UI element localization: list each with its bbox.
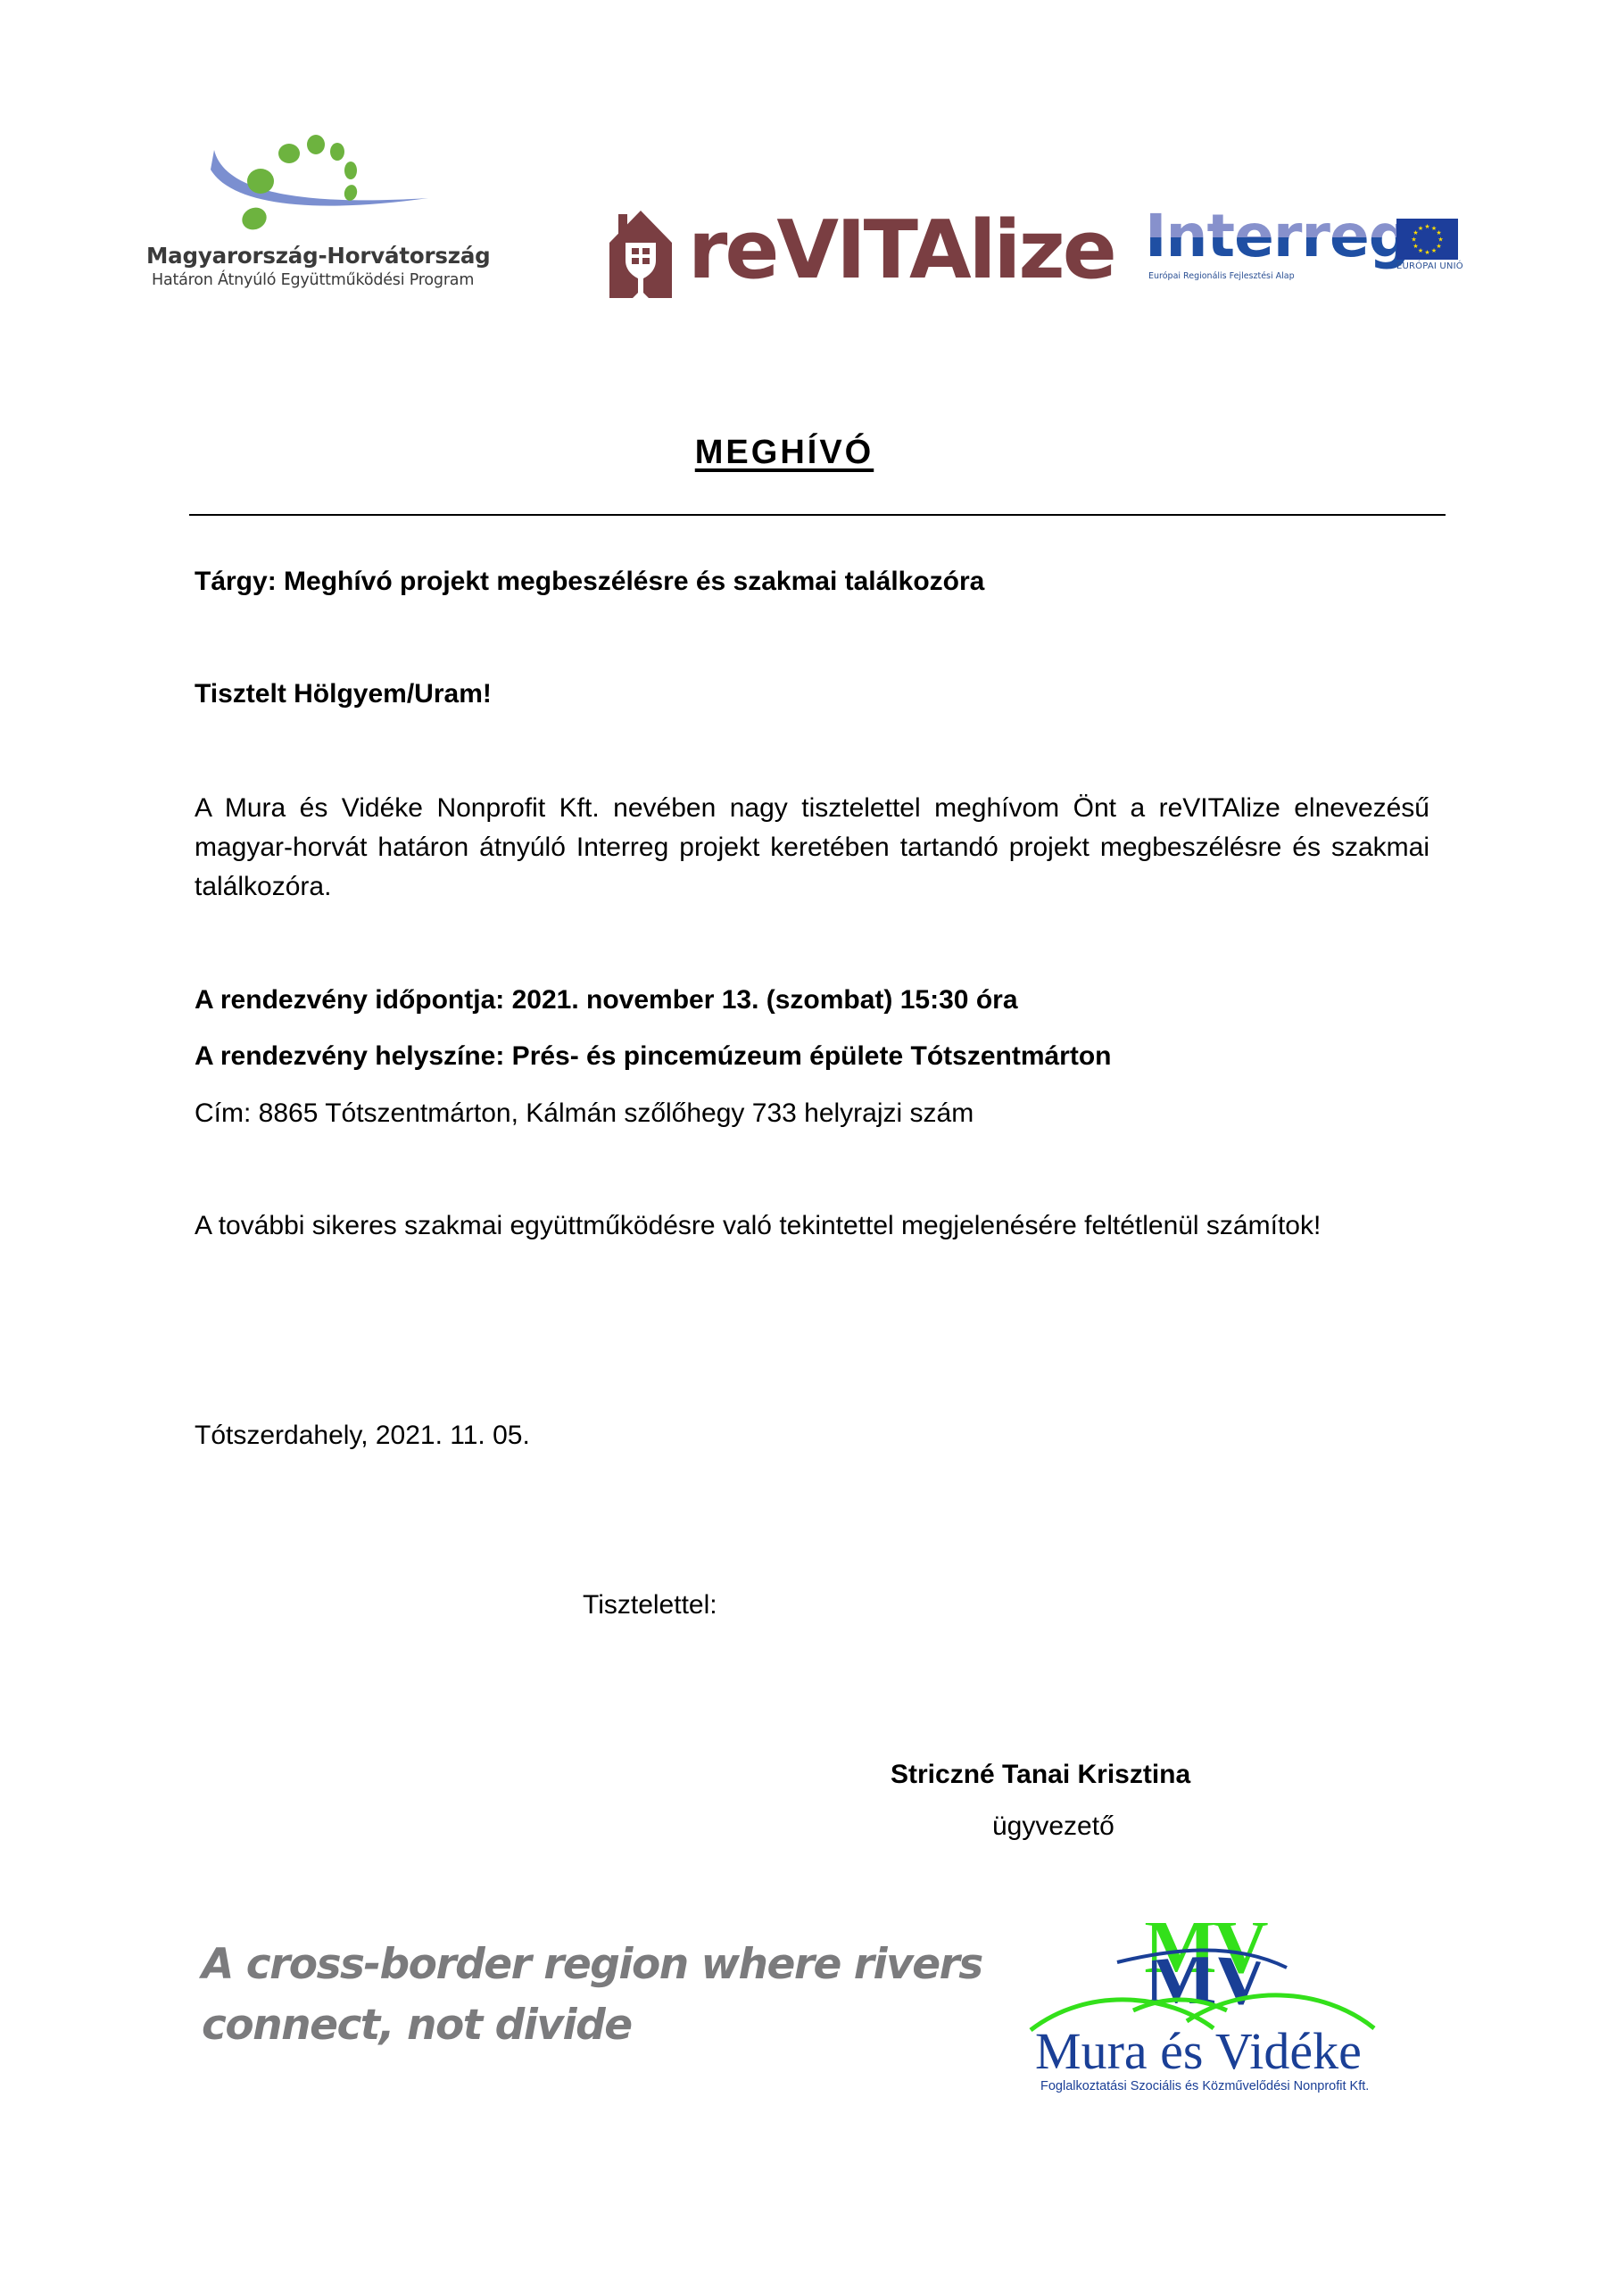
svg-text:★: ★ [1418, 225, 1423, 232]
programme-emblem-icon [205, 125, 437, 241]
revitalize-wordmark: reVITAlize [688, 202, 1114, 300]
event-address: Cím: 8865 Tótszentmárton, Kálmán szőlőhe… [195, 1094, 974, 1133]
signer-title: ügyvezető [992, 1807, 1114, 1846]
interreg-logo: Interreg Európai Regionális Fejlesztési … [1145, 212, 1484, 293]
mv-name: Mura és Vidéke [1035, 2021, 1362, 2081]
interreg-wordmark: Interreg [1145, 202, 1410, 270]
programme-title: Magyarország-Horvátország [146, 243, 491, 269]
regards: Tisztelettel: [583, 1586, 717, 1625]
salutation: Tisztelt Hölgyem/Uram! [195, 675, 492, 714]
svg-text:★: ★ [1418, 247, 1423, 254]
subject-line: Tárgy: Meghívó projekt megbeszélésre és … [195, 562, 984, 601]
mura-es-videke-logo: MV MV Mura és Vidéke Foglalkoztatási Szo… [1017, 1923, 1392, 2101]
svg-text:★: ★ [1424, 223, 1429, 230]
signer-name: Striczné Tanai Krisztina [891, 1755, 1190, 1795]
place-and-date: Tótszerdahely, 2021. 11. 05. [195, 1416, 530, 1455]
revitalize-logo: reVITAlize [609, 207, 1091, 300]
mv-subtitle: Foglalkoztatási Szociális és Közművelődé… [1040, 2079, 1369, 2093]
eu-label: EURÓPAI UNIÓ [1396, 261, 1463, 271]
hungary-croatia-programme-logo: Magyarország-Horvátország Határon Átnyúl… [134, 125, 491, 303]
footer-tagline: A cross-border region where rivers conne… [202, 1935, 982, 2056]
house-wineglass-icon [609, 209, 672, 298]
programme-subtitle: Határon Átnyúló Együttműködési Program [152, 271, 474, 289]
eu-flag-icon: ★★★ ★★★ ★★★ ★★★ [1396, 219, 1458, 260]
svg-text:★: ★ [1411, 236, 1416, 244]
title-divider [189, 514, 1446, 516]
interreg-subtitle: Európai Regionális Fejlesztési Alap [1148, 271, 1295, 281]
svg-text:★: ★ [1436, 243, 1441, 250]
event-place: A rendezvény helyszíne: Prés- és pincemú… [195, 1037, 1112, 1076]
svg-text:★: ★ [1431, 247, 1437, 254]
document-title: MEGHÍVÓ [0, 434, 1569, 472]
svg-text:★: ★ [1413, 243, 1418, 250]
svg-text:★: ★ [1424, 249, 1429, 256]
closing-paragraph: A további sikeres szakmai együttműködésr… [195, 1206, 1429, 1246]
intro-paragraph: A Mura és Vidéke Nonprofit Kft. nevében … [195, 789, 1429, 907]
event-time: A rendezvény időpontja: 2021. november 1… [195, 981, 1018, 1020]
